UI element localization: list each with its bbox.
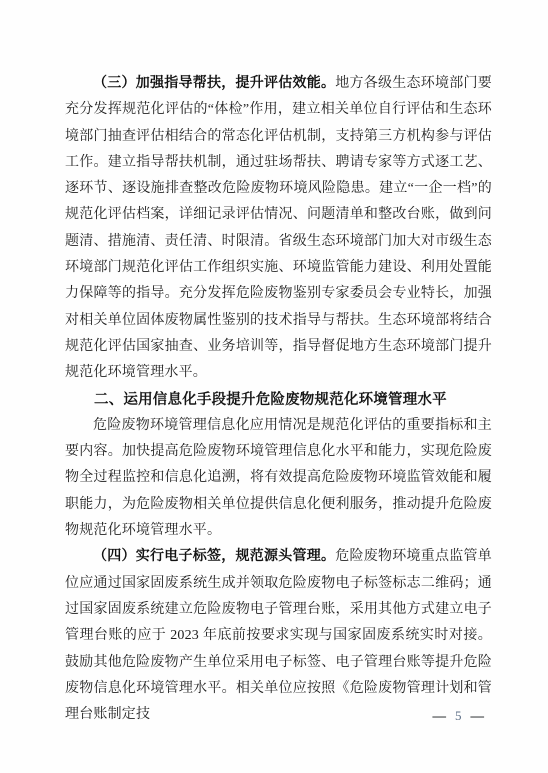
document-page: （三）加强指导帮扶，提升评估效能。地方各级生态环境部门要充分发挥规范化评估的“体… — [0, 0, 548, 773]
page-number-value: 5 — [455, 708, 462, 724]
page-number-dash-right: — — [471, 708, 485, 724]
section-heading-informatization: 二、运用信息化手段提升危险废物规范化环境管理水平 — [65, 387, 492, 413]
paragraph-electronic-label-text: 危险废物环境重点监管单位应通过国家固废系统生成并领取危险废物电子标签标志二维码；… — [65, 549, 492, 722]
paragraph-electronic-label: （四）实行电子标签，规范源头管理。危险废物环境重点监管单位应通过国家固废系统生成… — [65, 544, 492, 728]
paragraph-informatization-overview-text: 危险废物环境管理信息化应用情况是规范化评估的重要指标和主要内容。加快提高危险废物… — [65, 418, 492, 538]
paragraph-strengthen-guidance-text: 地方各级生态环境部门要充分发挥规范化评估的“体检”作用，建立相关单位自行评估和生… — [65, 76, 492, 380]
paragraph-informatization-overview: 危险废物环境管理信息化应用情况是规范化评估的重要指标和主要内容。加快提高危险废物… — [65, 413, 492, 544]
paragraph-strengthen-guidance-lead: （三）加强指导帮扶，提升评估效能。 — [93, 76, 335, 91]
document-content: （三）加强指导帮扶，提升评估效能。地方各级生态环境部门要充分发挥规范化评估的“体… — [65, 71, 492, 728]
paragraph-electronic-label-lead: （四）实行电子标签，规范源头管理。 — [93, 549, 335, 564]
page-number-dash-left: — — [433, 708, 447, 724]
page-number: — 5 — — [433, 708, 485, 724]
paragraph-strengthen-guidance: （三）加强指导帮扶，提升评估效能。地方各级生态环境部门要充分发挥规范化评估的“体… — [65, 71, 492, 387]
